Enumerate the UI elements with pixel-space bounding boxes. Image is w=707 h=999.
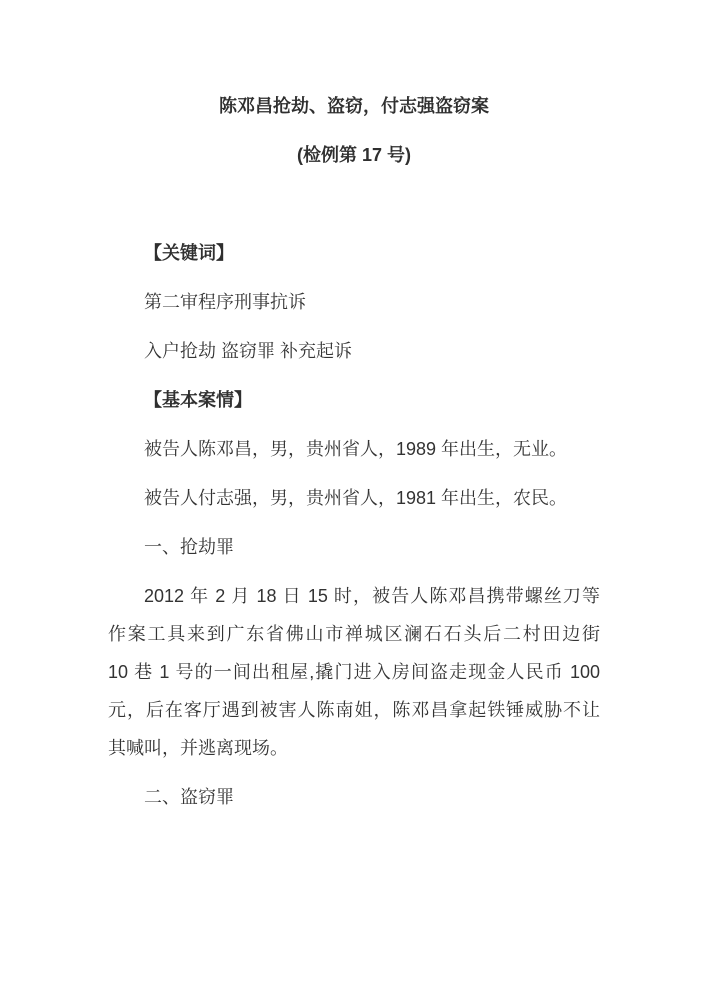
document-body: 【关键词】第二审程序刑事抗诉入户抢劫 盗窃罪 补充起诉【基本案情】被告人陈邓昌，… <box>108 234 600 816</box>
paragraph: 被告人付志强，男，贵州省人，1981 年出生，农民。 <box>108 479 600 517</box>
paragraph: 被告人陈邓昌，男，贵州省人，1989 年出生，无业。 <box>108 430 600 468</box>
paragraph: 第二审程序刑事抗诉 <box>108 283 600 321</box>
section-heading: 【基本案情】 <box>108 381 600 419</box>
case-number: (检例第 17 号) <box>108 136 600 174</box>
paragraph-line: 10 巷 1 号的一间出租屋,撬门进入房间盗走现金人民币 100 <box>108 653 600 691</box>
document-page: 陈邓昌抢劫、盗窃，付志强盗窃案 (检例第 17 号) 【关键词】第二审程序刑事抗… <box>0 0 707 999</box>
paragraph-line: 元，后在客厅遇到被害人陈南姐，陈邓昌拿起铁锤威胁不让 <box>108 691 600 729</box>
paragraph-line: 2012 年 2 月 18 日 15 时，被告人陈邓昌携带螺丝刀等 <box>108 577 600 615</box>
paragraph: 一、抢劫罪 <box>108 528 600 566</box>
paragraph: 入户抢劫 盗窃罪 补充起诉 <box>108 332 600 370</box>
paragraph: 二、盗窃罪 <box>108 778 600 816</box>
blank-line <box>108 185 600 223</box>
paragraph-line: 作案工具来到广东省佛山市禅城区澜石石头后二村田边街 <box>108 615 600 653</box>
paragraph-line: 其喊叫，并逃离现场。 <box>108 729 600 767</box>
section-heading: 【关键词】 <box>108 234 600 272</box>
paragraph: 2012 年 2 月 18 日 15 时，被告人陈邓昌携带螺丝刀等作案工具来到广… <box>108 577 600 767</box>
document-title: 陈邓昌抢劫、盗窃，付志强盗窃案 <box>108 87 600 125</box>
